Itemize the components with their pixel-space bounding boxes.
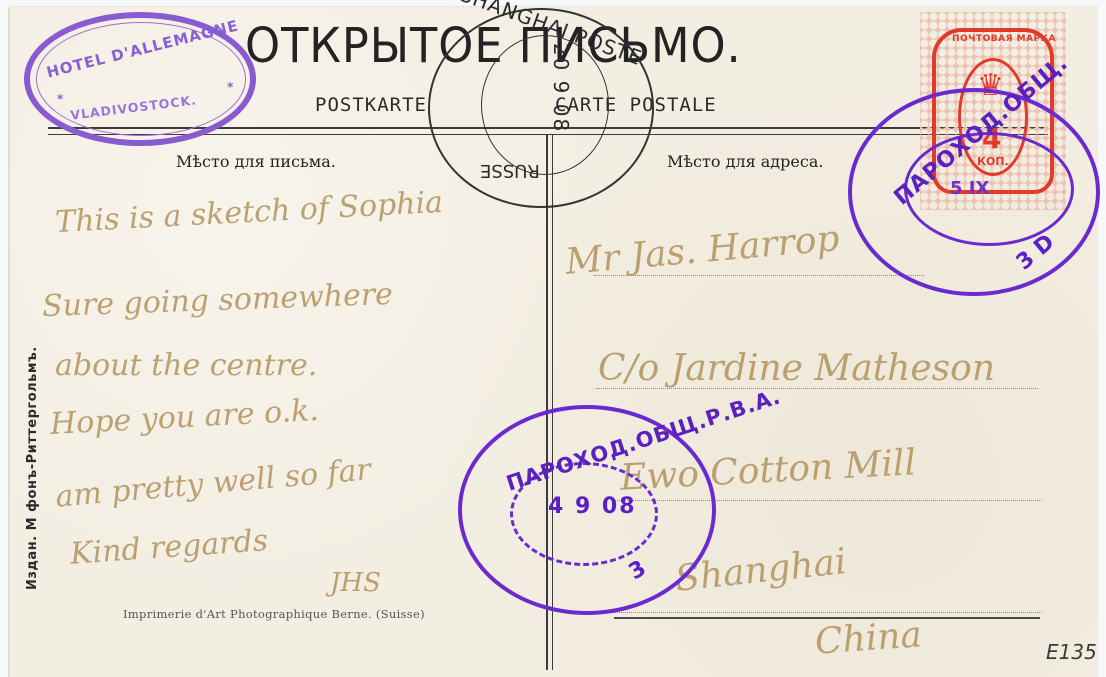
- shanghai-postmark-date: 20 9 08: [549, 43, 573, 133]
- signature: JHS: [330, 568, 381, 598]
- archive-mark: E135: [1046, 640, 1097, 664]
- shanghai-postmark-inner-ring: [481, 35, 609, 175]
- address-line: China: [814, 614, 924, 662]
- stamp-header: ПОЧТОВАЯ МАРКА: [952, 34, 1056, 44]
- message-line: about the centre.: [55, 348, 317, 383]
- address-line: C/o Jardine Matheson: [598, 348, 995, 389]
- subtitle-german: POSTKARTE: [315, 94, 427, 116]
- printer-imprint: Imprimerie d'Art Photographique Berne. (…: [123, 607, 425, 621]
- address-area-label: Мѣсто для адреса.: [667, 152, 823, 171]
- stamp-cancel-date: 5 IX: [950, 178, 989, 199]
- publisher-imprint: Издан. М фонъ-Риттергольмъ.: [25, 346, 40, 590]
- address-final-rule: [614, 617, 1040, 619]
- ship-postmark-date: 4 9 08: [548, 494, 637, 519]
- star-icon: *: [227, 80, 233, 94]
- star-icon: *: [57, 92, 63, 106]
- shanghai-postmark-bottom: RUSSE: [480, 160, 540, 181]
- letter-area-label: Мѣсто для письма.: [176, 152, 336, 171]
- address-line-guide: [612, 612, 1042, 613]
